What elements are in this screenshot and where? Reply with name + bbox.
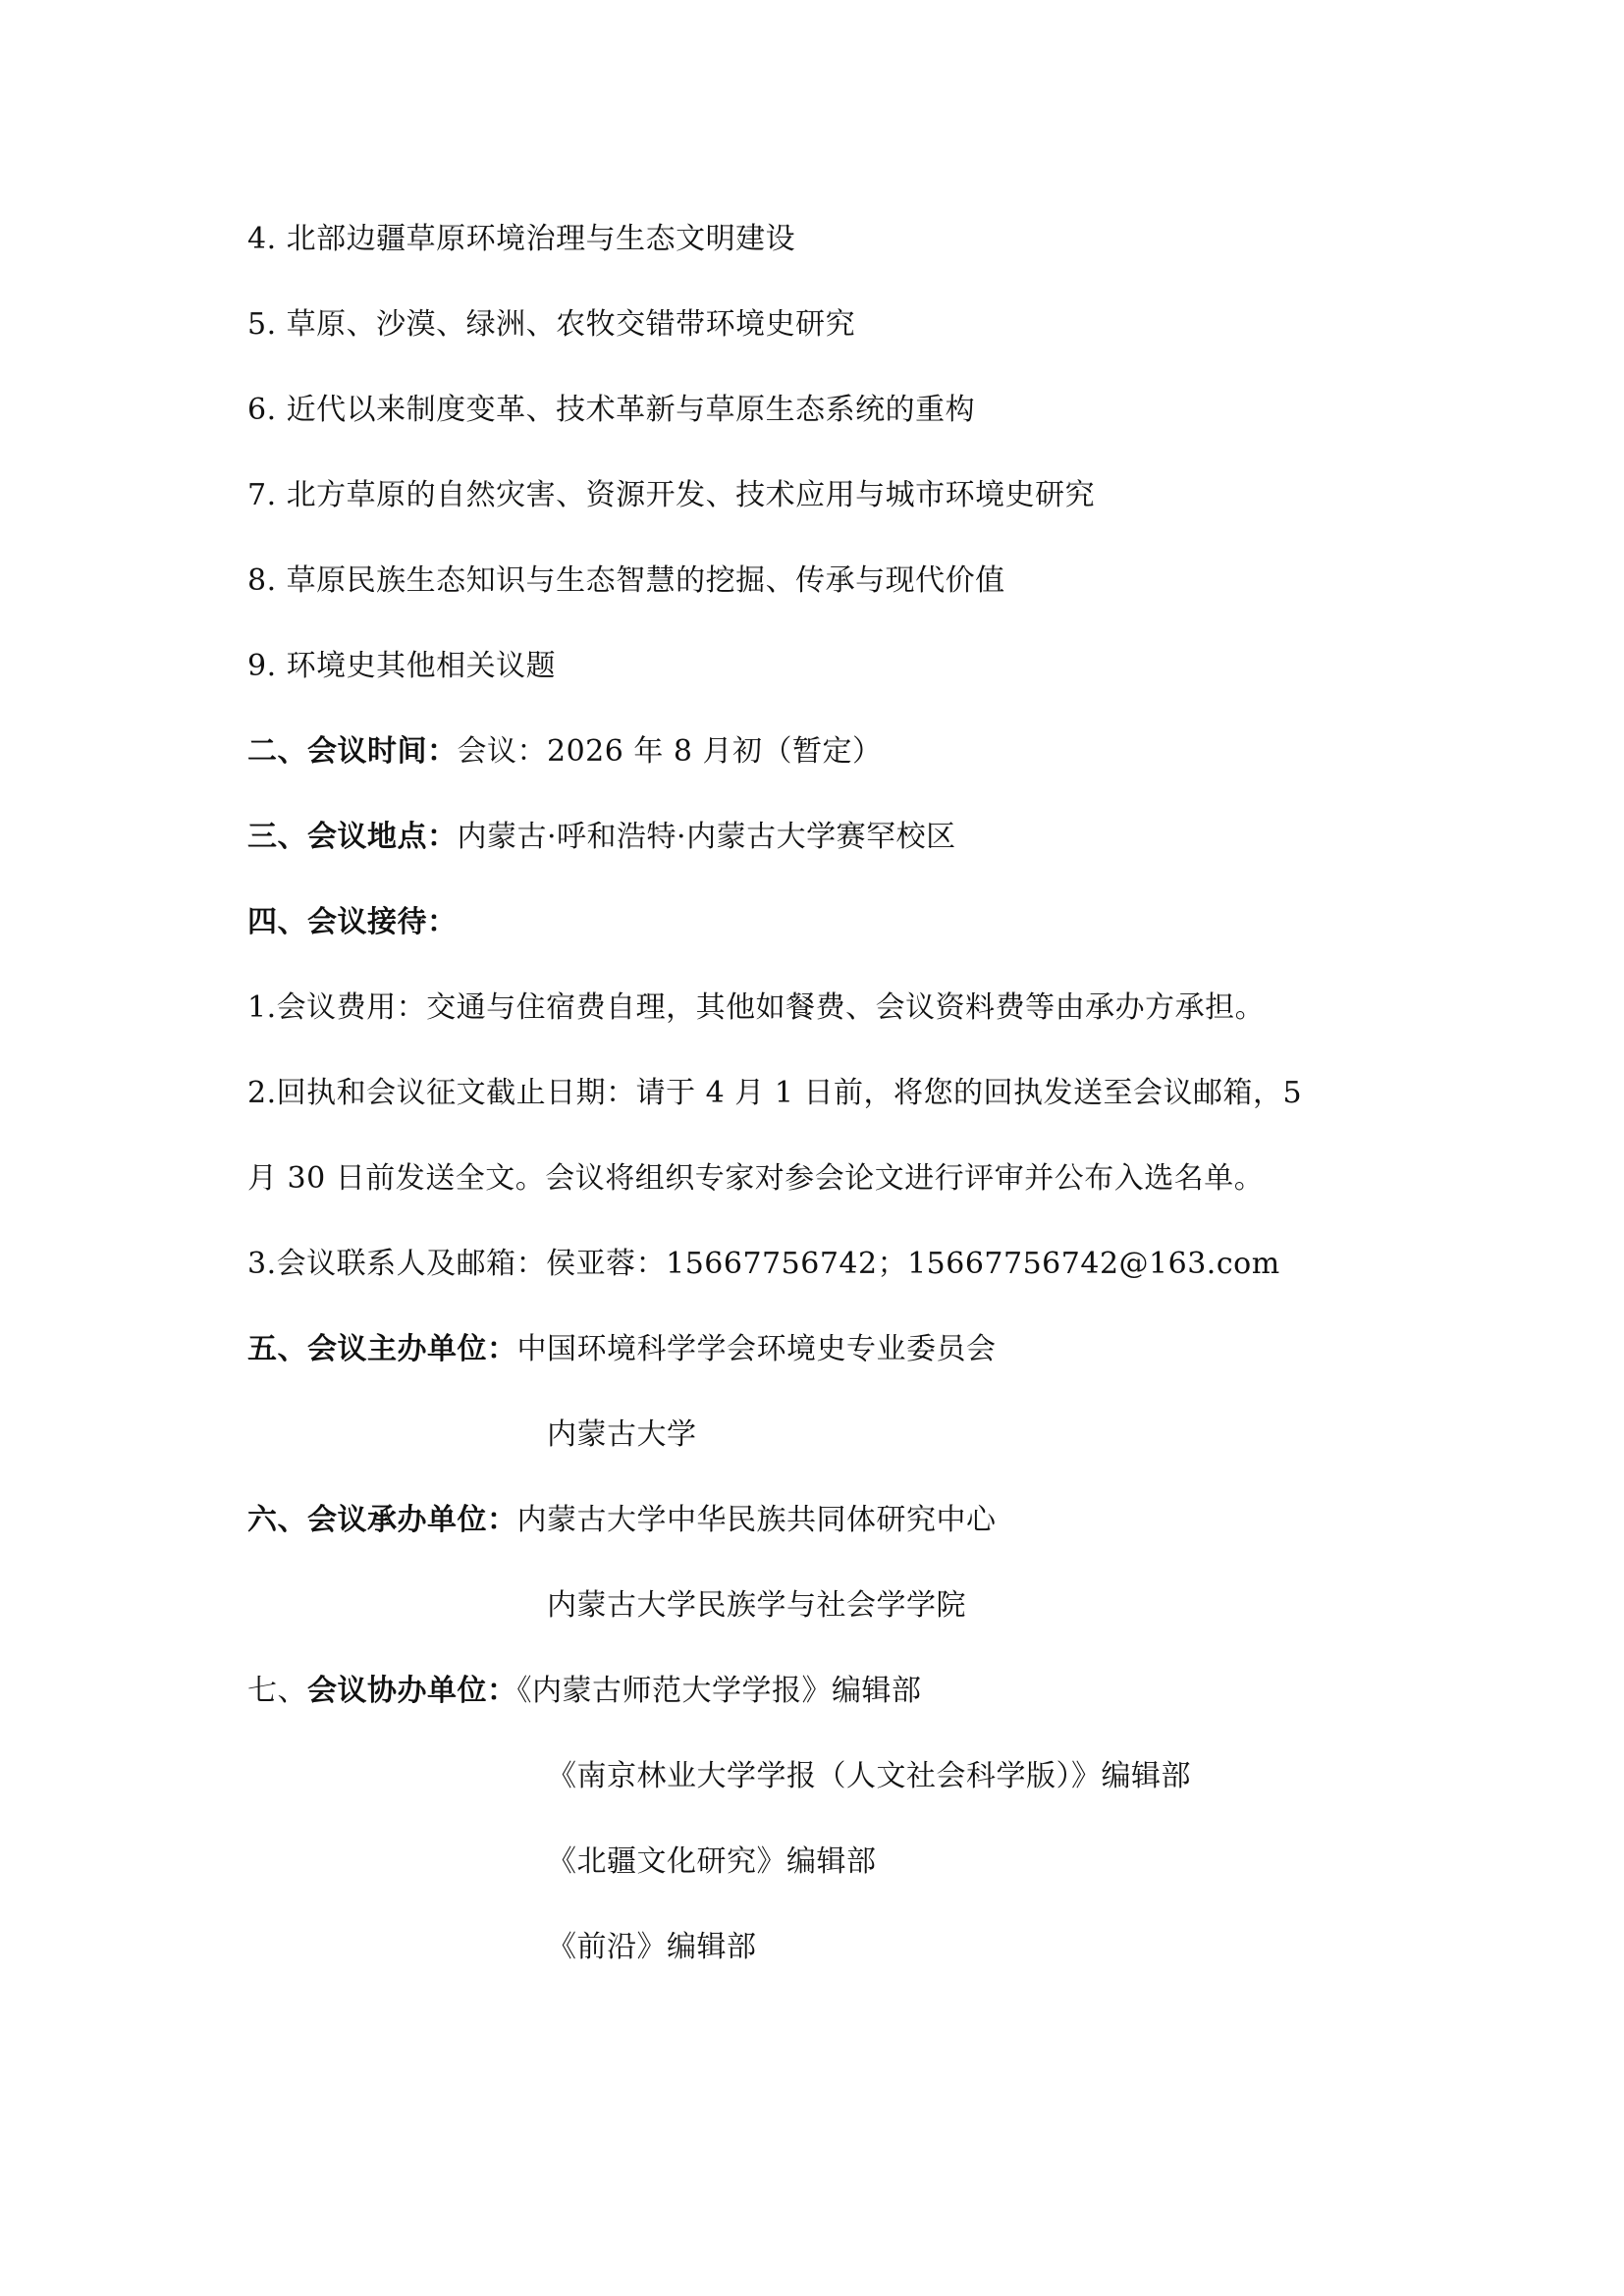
topic-item: 9. 环境史其他相关议题 [247, 647, 556, 686]
meeting-time-value: 会议：2026 年 8 月初（暂定） [458, 734, 883, 769]
section-heading: 五、会议主办单位： [247, 1332, 517, 1366]
topic-text: 草原、沙漠、绿洲、农牧交错带环境史研究 [287, 307, 856, 342]
reception-item: 1.会议费用：交通与住宿费自理，其他如餐费、会议资料费等由承办方承担。 [247, 988, 1265, 1028]
co-organizer-name: 《前沿》编辑部 [547, 1928, 757, 1967]
topic-number: 5. [247, 307, 277, 342]
topic-item: 8. 草原民族生态知识与生态智慧的挖掘、传承与现代价值 [247, 561, 1005, 601]
section-heading: 二、会议时间： [247, 734, 458, 769]
host-name: 内蒙古大学民族学与社会学学院 [547, 1586, 966, 1626]
reception-item: 3.会议联系人及邮箱：侯亚蓉：15667756742；15667756742@1… [247, 1245, 1280, 1284]
organizer-name: 内蒙古大学 [547, 1415, 697, 1455]
meeting-location: 三、会议地点：内蒙古·呼和浩特·内蒙古大学赛罕校区 [247, 818, 956, 857]
meeting-location-value: 内蒙古·呼和浩特·内蒙古大学赛罕校区 [458, 820, 956, 854]
co-organizers: 七、会议协办单位：《内蒙古师范大学学报》编辑部 [247, 1672, 922, 1711]
topic-number: 6. [247, 393, 277, 427]
co-organizer-name: 《内蒙古师范大学学报》编辑部 [517, 1674, 922, 1708]
section-heading: 六、会议承办单位： [247, 1503, 517, 1537]
topic-item: 4. 北部边疆草原环境治理与生态文明建设 [247, 220, 795, 259]
meeting-time: 二、会议时间：会议：2026 年 8 月初（暂定） [247, 732, 883, 772]
co-organizer-name: 《北疆文化研究》编辑部 [547, 1842, 877, 1882]
reception-item-continued: 月 30 日前发送全文。会议将组织专家对参会论文进行评审并公布入选名单。 [247, 1159, 1264, 1199]
section-heading: 三、会议地点： [247, 820, 458, 854]
hosts: 六、会议承办单位：内蒙古大学中华民族共同体研究中心 [247, 1501, 997, 1540]
topic-number: 7. [247, 478, 277, 512]
section-number: 七、 [247, 1674, 307, 1708]
co-organizer-name: 《南京林业大学学报（人文社会科学版）》编辑部 [547, 1757, 1191, 1796]
organizer-name: 中国环境科学学会环境史专业委员会 [517, 1332, 997, 1366]
topic-text: 草原民族生态知识与生态智慧的挖掘、传承与现代价值 [287, 563, 1005, 598]
section-heading: 会议协办单位： [307, 1674, 517, 1708]
organizers: 五、会议主办单位：中国环境科学学会环境史专业委员会 [247, 1330, 997, 1369]
host-name: 内蒙古大学中华民族共同体研究中心 [517, 1503, 997, 1537]
topic-item: 5. 草原、沙漠、绿洲、农牧交错带环境史研究 [247, 305, 855, 345]
section-heading: 四、会议接待： [247, 903, 458, 942]
topic-text: 北部边疆草原环境治理与生态文明建设 [287, 222, 796, 256]
topic-text: 近代以来制度变革、技术革新与草原生态系统的重构 [287, 393, 976, 427]
topic-text: 环境史其他相关议题 [287, 649, 557, 683]
topic-number: 4. [247, 222, 277, 256]
topic-item: 7. 北方草原的自然灾害、资源开发、技术应用与城市环境史研究 [247, 476, 1095, 515]
topic-number: 8. [247, 563, 277, 598]
topic-number: 9. [247, 649, 277, 683]
topic-text: 北方草原的自然灾害、资源开发、技术应用与城市环境史研究 [287, 478, 1096, 512]
topic-item: 6. 近代以来制度变革、技术革新与草原生态系统的重构 [247, 391, 975, 430]
reception-item: 2.回执和会议征文截止日期：请于 4 月 1 日前，将您的回执发送至会议邮箱，5 [247, 1074, 1302, 1113]
